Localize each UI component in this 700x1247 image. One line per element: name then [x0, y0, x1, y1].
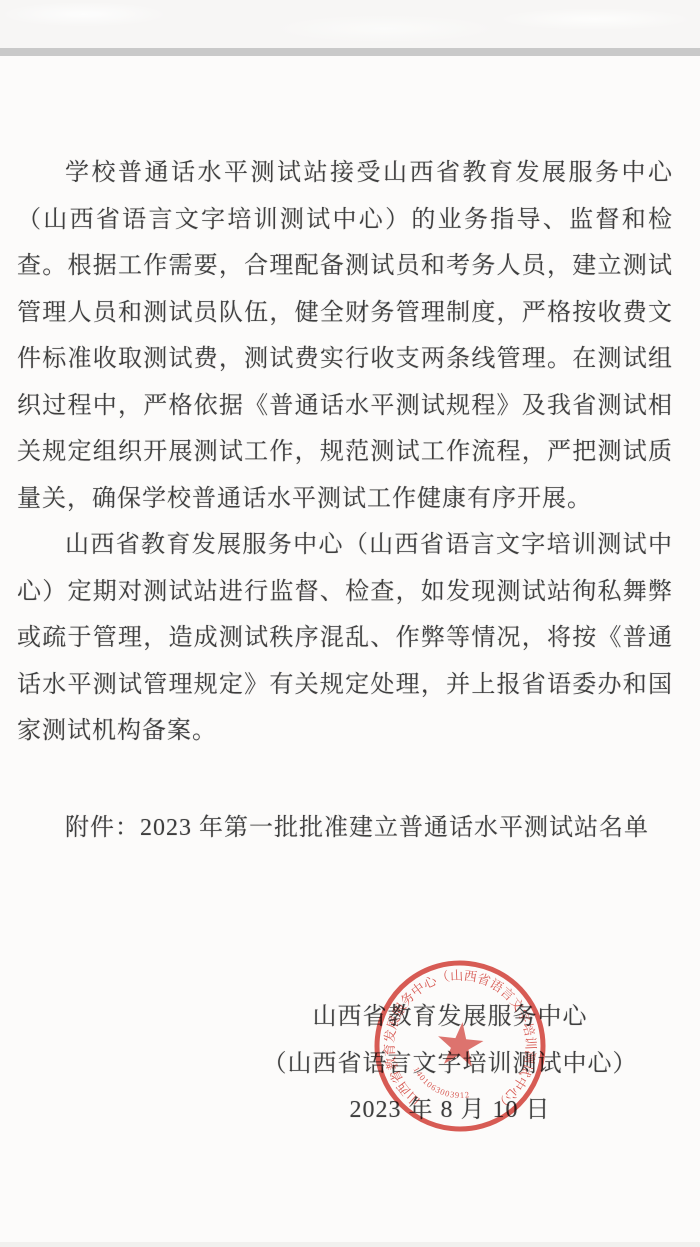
- scanned-document-page: 学校普通话水平测试站接受山西省教育发展服务中心（山西省语言文字培训测试中心）的业…: [0, 0, 700, 1247]
- page-divider: [0, 48, 700, 56]
- document-body: 学校普通话水平测试站接受山西省教育发展服务中心（山西省语言文字培训测试中心）的业…: [0, 56, 700, 1134]
- attachment-line: 附件：2023 年第一批批准建立普通话水平测试站名单: [17, 805, 673, 852]
- signature-date: 2023 年 8 月 10 日: [255, 1087, 645, 1134]
- previous-page-edge: [0, 0, 700, 48]
- signature-org-alt-name: （山西省语言文字培训测试中心）: [255, 1041, 645, 1088]
- paragraph-1: 学校普通话水平测试站接受山西省教育发展服务中心（山西省语言文字培训测试中心）的业…: [17, 150, 673, 522]
- signature-block: 山西省教育发展服务中心 （山西省语言文字培训测试中心） 2023 年 8 月 1…: [255, 994, 645, 1134]
- signature-org-name: 山西省教育发展服务中心: [255, 994, 645, 1041]
- paragraph-2: 山西省教育发展服务中心（山西省语言文字培训测试中心）定期对测试站进行监督、检查，…: [17, 522, 673, 755]
- page-bottom-edge: [0, 1242, 700, 1247]
